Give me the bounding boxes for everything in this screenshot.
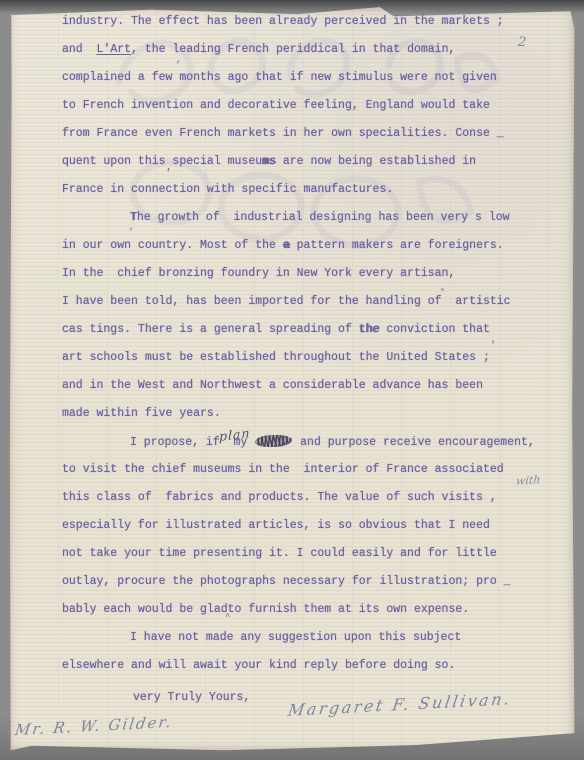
underlined-title: L'Art <box>97 43 132 56</box>
typed-text: in our own country. Most of the <box>62 239 283 252</box>
overstruck-text: ms <box>262 155 276 168</box>
typed-line: The growth of industrial designing has b… <box>130 211 510 225</box>
typed-line: and L'Art, the leading French periddical… <box>62 43 455 57</box>
scanned-letter-page: { "colors":{"typed_ink":"#6c60a4","handw… <box>0 0 584 760</box>
typed-text: quent upon this special museu <box>62 155 262 168</box>
typed-line: art schools must be established througho… <box>62 351 490 365</box>
typed-text: conviction that <box>379 323 489 336</box>
handwritten-page-number: 2 <box>517 35 526 51</box>
typed-letter-body: industry. The effect has been already pe… <box>0 0 584 760</box>
struck-out-letter: a <box>283 239 290 252</box>
typed-line: bably each would be gladto furnish them … <box>62 603 469 617</box>
signature: Margaret F. Sullivan. <box>287 689 514 720</box>
crossed-out-word <box>255 434 292 447</box>
typed-line: made within five years. <box>62 407 221 421</box>
typed-line: in our own country. Most of the a patter… <box>62 239 504 253</box>
stray-mark: , <box>129 222 134 232</box>
typed-line: France in connection with specific manuf… <box>62 183 393 197</box>
typed-line: complained a few months ago that if new … <box>62 71 497 85</box>
typed-line: cas tings. There is a general spreading … <box>62 323 490 337</box>
typed-text: he growth of industrial designing has be… <box>137 211 510 224</box>
typed-line: quent upon this special museums are now … <box>62 155 476 169</box>
typed-line: I propose, if my and purpose receive enc… <box>130 435 535 450</box>
overstrike-apostrophe: ' <box>504 5 510 16</box>
typed-line: I have been told, has been imported for … <box>62 295 511 309</box>
typed-line: to French invention and decorative feeli… <box>62 99 490 113</box>
typed-line: outlay, procure the photographs necessar… <box>62 575 511 589</box>
closing-line: very Truly Yours, <box>133 691 250 705</box>
typed-text: are now being established in <box>276 155 476 168</box>
typed-line: elsewhere and will await your kind reply… <box>62 659 455 673</box>
insertion-mark: ' <box>163 167 172 180</box>
overstruck-text: the <box>359 323 380 336</box>
typed-text: and <box>62 43 97 56</box>
handwritten-with-insert: with <box>515 473 541 488</box>
typed-line: not take your time presenting it. I coul… <box>62 547 497 561</box>
insertion-caret: ^ <box>225 612 230 622</box>
typed-text: cas tings. There is a general spreading … <box>62 323 359 336</box>
addressee-note: Mr. R. W. Gilder. <box>14 713 175 739</box>
typed-line: In the chief bronzing foundry in New Yor… <box>62 267 455 281</box>
typed-line: this class of fabrics and products. The … <box>62 491 497 505</box>
typed-line: I have not made any suggestion upon this… <box>130 631 461 645</box>
stray-mark: , <box>176 55 181 65</box>
typed-line: industry. The effect has been already pe… <box>62 15 504 29</box>
typed-line: especially for illustrated articles, is … <box>62 519 490 533</box>
ink-speck <box>441 288 444 291</box>
overstrike-apostrophe: ' <box>490 341 496 352</box>
typed-text: pattern makers are foreigners. <box>290 239 504 252</box>
typed-line: from France even French markets in her o… <box>62 127 504 141</box>
typed-text: and purpose receive encouragement, <box>293 436 535 449</box>
typed-line: and in the West and Northwest a consider… <box>62 379 483 393</box>
typed-line: to visit the chief museums in the interi… <box>62 463 504 477</box>
